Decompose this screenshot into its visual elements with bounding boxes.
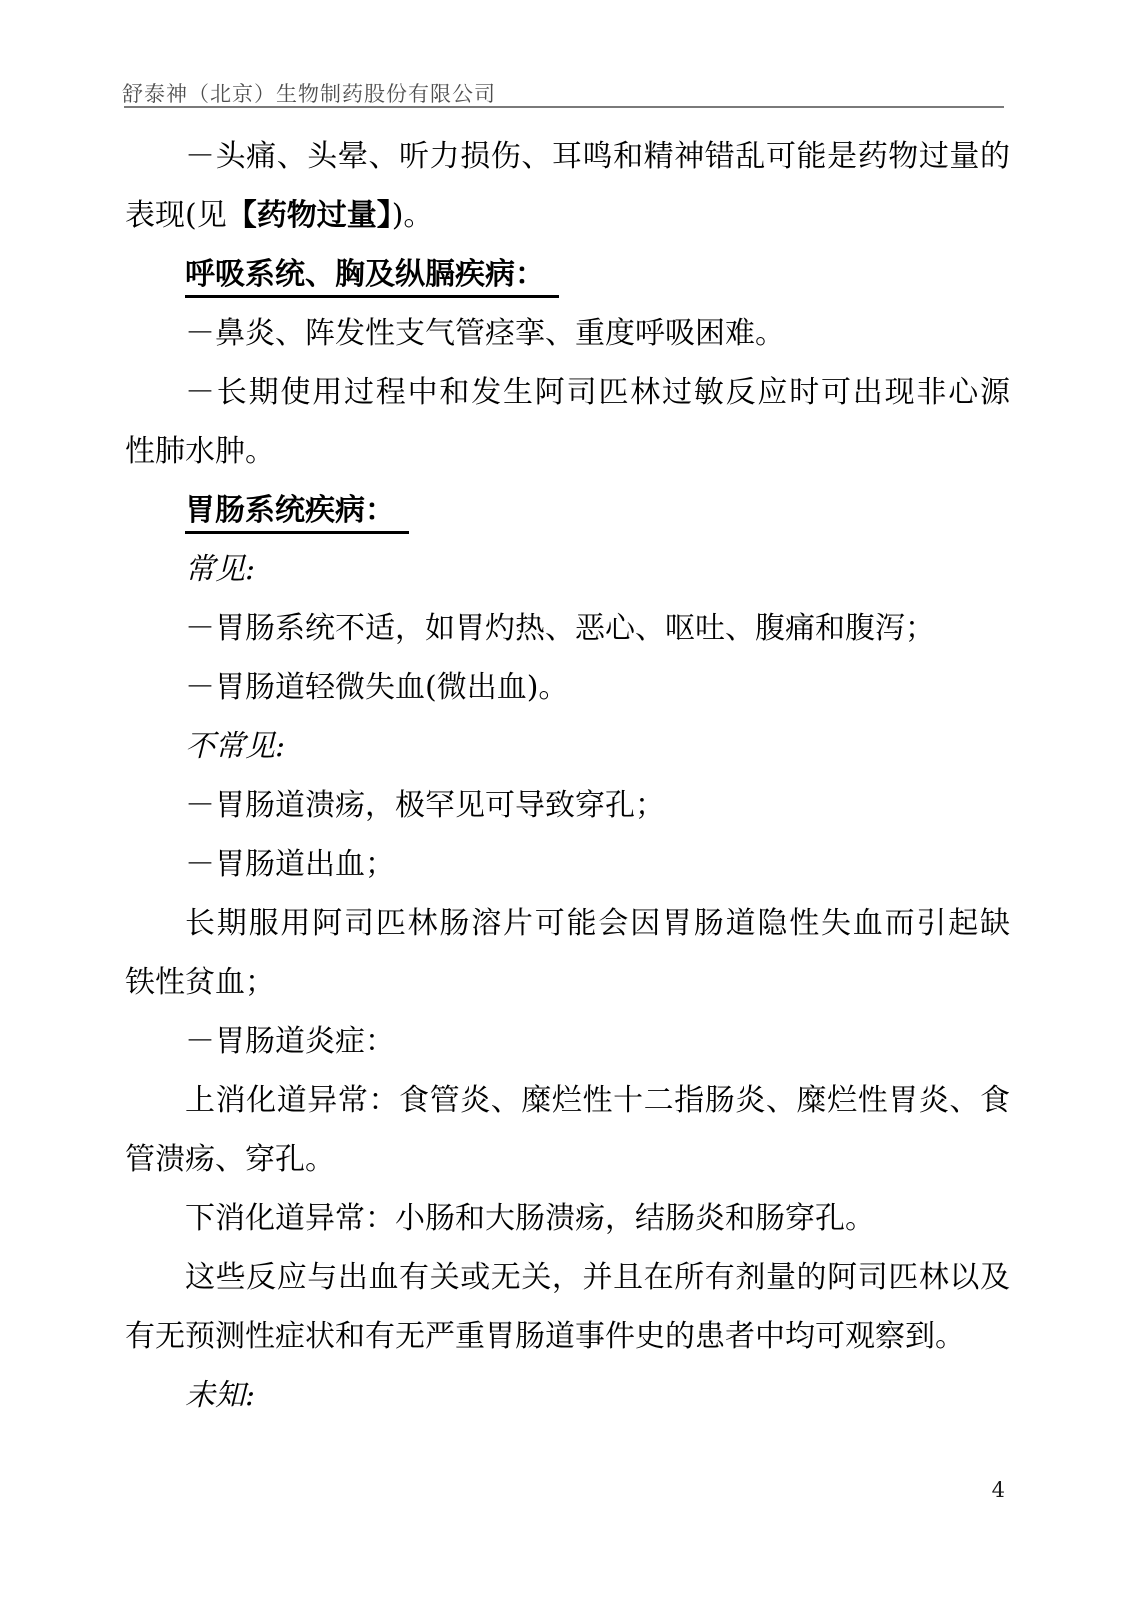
section-heading-gastrointestinal-text: 胃肠系统疾病： xyxy=(185,493,409,534)
header-divider-rule xyxy=(124,106,1004,108)
page-number: 4 xyxy=(992,1478,1005,1502)
document-page: 舒泰神（北京）生物制药股份有限公司 －头痛、头晕、听力损伤、耳鸣和精神错乱可能是… xyxy=(0,0,1131,1600)
body-line-overdose-reference: 表现(见【药物过量】)。 xyxy=(125,186,1010,245)
body-line-gi-ulcer: －胃肠道溃疡，极罕见可导致穿孔； xyxy=(125,776,1010,835)
body-line-gi-discomfort: －胃肠系统不适，如胃灼热、恶心、呕吐、腹痛和腹泻； xyxy=(125,599,1010,658)
body-line-longterm-use: －长期使用过程中和发生阿司匹林过敏反应时可出现非心源 xyxy=(125,363,1010,422)
frequency-label-common: 常见: xyxy=(125,540,1010,599)
body-line-reactions-part2: 有无预测性症状和有无严重胃肠道事件史的患者中均可观察到。 xyxy=(125,1307,1010,1366)
body-line-lower-gi: 下消化道异常：小肠和大肠溃疡，结肠炎和肠穿孔。 xyxy=(125,1189,1010,1248)
frequency-label-unknown: 未知: xyxy=(125,1366,1010,1425)
section-heading-respiratory: 呼吸系统、胸及纵膈疾病： xyxy=(125,245,1010,304)
section-heading-gastrointestinal: 胃肠系统疾病： xyxy=(125,481,1010,540)
body-line-gi-inflammation: －胃肠道炎症： xyxy=(125,1012,1010,1071)
body-line-anemia-part2: 铁性贫血； xyxy=(125,953,1010,1012)
body-line-pulmonary-edema: 性肺水肿。 xyxy=(125,422,1010,481)
body-line-overdose-symptoms: －头痛、头晕、听力损伤、耳鸣和精神错乱可能是药物过量的 xyxy=(125,127,1010,186)
body-line-anemia-part1: 长期服用阿司匹林肠溶片可能会因胃肠道隐性失血而引起缺 xyxy=(125,894,1010,953)
overdose-ref-bracket-term: 【药物过量】 xyxy=(227,198,392,233)
body-line-reactions-part1: 这些反应与出血有关或无关，并且在所有剂量的阿司匹林以及 xyxy=(125,1248,1010,1307)
body-line-upper-gi-part2: 管溃疡、穿孔。 xyxy=(125,1130,1010,1189)
overdose-ref-prefix: 表现(见 xyxy=(125,198,227,233)
body-line-upper-gi-part1: 上消化道异常：食管炎、糜烂性十二指肠炎、糜烂性胃炎、食 xyxy=(125,1071,1010,1130)
body-line-gi-minor-bleeding: －胃肠道轻微失血(微出血)。 xyxy=(125,658,1010,717)
overdose-ref-suffix: )。 xyxy=(392,198,434,233)
section-heading-respiratory-text: 呼吸系统、胸及纵膈疾病： xyxy=(185,257,559,298)
frequency-label-uncommon: 不常见: xyxy=(125,717,1010,776)
page-header-company-name: 舒泰神（北京）生物制药股份有限公司 xyxy=(122,78,496,108)
body-line-gi-bleeding: －胃肠道出血； xyxy=(125,835,1010,894)
body-line-rhinitis: －鼻炎、阵发性支气管痉挛、重度呼吸困难。 xyxy=(125,304,1010,363)
document-body: －头痛、头晕、听力损伤、耳鸣和精神错乱可能是药物过量的 表现(见【药物过量】)。… xyxy=(125,127,1010,1425)
